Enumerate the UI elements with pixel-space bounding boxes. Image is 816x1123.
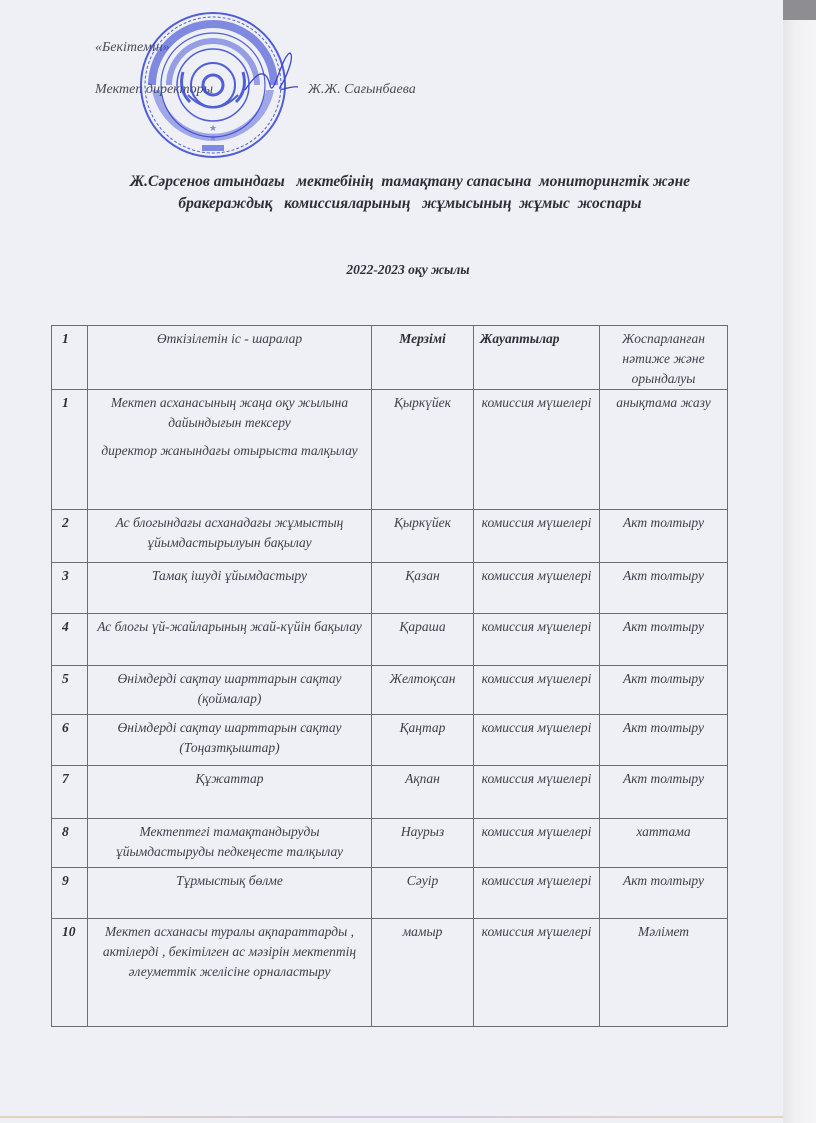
- row-event-text: Өнімдерді сақтау шарттарын сақтау (қойма…: [118, 671, 342, 706]
- row-responsible: комиссия мүшелері: [474, 563, 600, 614]
- svg-text:★: ★: [209, 133, 217, 143]
- row-number: 1: [52, 390, 88, 510]
- row-term: Наурыз: [372, 819, 474, 868]
- row-result: Акт толтыру: [600, 510, 728, 563]
- row-event-text: Мектептегі тамақтандыруды ұйымдастыруды …: [116, 824, 343, 859]
- header-term: Мерзімі: [372, 326, 474, 390]
- spacer: [94, 433, 365, 441]
- row-event-text: Ас блогы үй-жайларының жай-күйін бақылау: [97, 619, 362, 634]
- row-term: Қыркүйек: [372, 390, 474, 510]
- row-event-text: Ас блогындағы асханадағы жұмыстың ұйымда…: [116, 515, 344, 550]
- document-title-line1: Ж.Сәрсенов атындағы мектебінің тамақтану…: [60, 171, 760, 193]
- row-result: Акт толтыру: [600, 715, 728, 766]
- row-result: анықтама жазу: [600, 390, 728, 510]
- header-responsible: Жауаптылар: [474, 326, 600, 390]
- table-row: 8Мектептегі тамақтандыруды ұйымдастыруды…: [52, 819, 728, 868]
- row-term: Қараша: [372, 614, 474, 666]
- row-result: Мәлімет: [600, 919, 728, 1027]
- work-plan-table: 1 Өткізілетін іс - шаралар Мерзімі Жауап…: [51, 325, 728, 1027]
- row-result: Акт толтыру: [600, 868, 728, 919]
- row-event-text: Өнімдерді сақтау шарттарын сақтау (Тоңаз…: [118, 720, 342, 755]
- table-row: 1Мектеп асханасының жаңа оқу жылына дайы…: [52, 390, 728, 510]
- header-event: Өткізілетін іс - шаралар: [88, 326, 372, 390]
- table-row: 10Мектеп асханасы туралы ақпараттарды , …: [52, 919, 728, 1027]
- academic-year: 2022-2023 оқу жылы: [0, 262, 816, 278]
- row-number: 8: [52, 819, 88, 868]
- table-row: 6Өнімдерді сақтау шарттарын сақтау (Тоңа…: [52, 715, 728, 766]
- scan-edge-shadow: [783, 0, 816, 20]
- approval-signatory: Ж.Ж. Сағынбаева: [308, 82, 416, 98]
- row-responsible: комиссия мүшелері: [474, 715, 600, 766]
- scan-bottom-line: [0, 1116, 783, 1118]
- row-term: Ақпан: [372, 766, 474, 819]
- row-number: 3: [52, 563, 88, 614]
- row-responsible: комиссия мүшелері: [474, 819, 600, 868]
- row-result: Акт толтыру: [600, 666, 728, 715]
- row-term: Қазан: [372, 563, 474, 614]
- table-row: 3Тамақ ішуді ұйымдастыруҚазанкомиссия мү…: [52, 563, 728, 614]
- row-responsible: комиссия мүшелері: [474, 666, 600, 715]
- table-row: 7ҚұжаттарАқпанкомиссия мүшелеріАкт толты…: [52, 766, 728, 819]
- row-result: Акт толтыру: [600, 766, 728, 819]
- row-event: Ас блогындағы асханадағы жұмыстың ұйымда…: [88, 510, 372, 563]
- row-result: Акт толтыру: [600, 614, 728, 666]
- table-row: 4Ас блогы үй-жайларының жай-күйін бақыла…: [52, 614, 728, 666]
- row-event: Тамақ ішуді ұйымдастыру: [88, 563, 372, 614]
- row-number: 10: [52, 919, 88, 1027]
- row-event: Өнімдерді сақтау шарттарын сақтау (қойма…: [88, 666, 372, 715]
- row-number: 6: [52, 715, 88, 766]
- row-number: 9: [52, 868, 88, 919]
- row-responsible: комиссия мүшелері: [474, 510, 600, 563]
- row-responsible: комиссия мүшелері: [474, 868, 600, 919]
- row-number: 7: [52, 766, 88, 819]
- row-event-text: Тамақ ішуді ұйымдастыру: [152, 568, 307, 583]
- row-term: Қыркүйек: [372, 510, 474, 563]
- header-result: Жоспарланған нәтиже және орындалуы: [600, 326, 728, 390]
- table-row: 9Тұрмыстық бөлмеСәуіркомиссия мүшелеріАк…: [52, 868, 728, 919]
- document-title: Ж.Сәрсенов атындағы мектебінің тамақтану…: [60, 171, 760, 215]
- row-responsible: комиссия мүшелері: [474, 766, 600, 819]
- row-event: Мектеп асханасының жаңа оқу жылына дайын…: [88, 390, 372, 510]
- table-row: 2Ас блогындағы асханадағы жұмыстың ұйымд…: [52, 510, 728, 563]
- svg-text:★: ★: [209, 123, 217, 133]
- row-event-extra-text: директор жанындағы отырыста талқылау: [101, 443, 357, 458]
- header-num: 1: [52, 326, 88, 390]
- row-event-text: Мектеп асханасы туралы ақпараттарды , ак…: [103, 924, 356, 979]
- row-term: Сәуір: [372, 868, 474, 919]
- row-responsible: комиссия мүшелері: [474, 390, 600, 510]
- document-title-line2: бракераждық комиссияларының жұмысының жұ…: [60, 193, 760, 215]
- row-number: 5: [52, 666, 88, 715]
- row-event: Тұрмыстық бөлме: [88, 868, 372, 919]
- row-event: Ас блогы үй-жайларының жай-күйін бақылау: [88, 614, 372, 666]
- signature-icon: [240, 45, 300, 105]
- row-event: Мектеп асханасы туралы ақпараттарды , ак…: [88, 919, 372, 1027]
- row-result: Акт толтыру: [600, 563, 728, 614]
- row-event-text: Тұрмыстық бөлме: [176, 873, 283, 888]
- row-event-text: Мектеп асханасының жаңа оқу жылына дайын…: [111, 395, 348, 430]
- table-row: 5Өнімдерді сақтау шарттарын сақтау (қойм…: [52, 666, 728, 715]
- row-responsible: комиссия мүшелері: [474, 614, 600, 666]
- row-event: Мектептегі тамақтандыруды ұйымдастыруды …: [88, 819, 372, 868]
- table-header-row: 1 Өткізілетін іс - шаралар Мерзімі Жауап…: [52, 326, 728, 390]
- row-number: 2: [52, 510, 88, 563]
- row-event-text: Құжаттар: [195, 771, 263, 786]
- scan-edge: [783, 0, 816, 1123]
- row-event: Құжаттар: [88, 766, 372, 819]
- row-result: хаттама: [600, 819, 728, 868]
- row-term: мамыр: [372, 919, 474, 1027]
- row-responsible: комиссия мүшелері: [474, 919, 600, 1027]
- row-term: Қаңтар: [372, 715, 474, 766]
- row-term: Желтоқсан: [372, 666, 474, 715]
- row-number: 4: [52, 614, 88, 666]
- row-event: Өнімдерді сақтау шарттарын сақтау (Тоңаз…: [88, 715, 372, 766]
